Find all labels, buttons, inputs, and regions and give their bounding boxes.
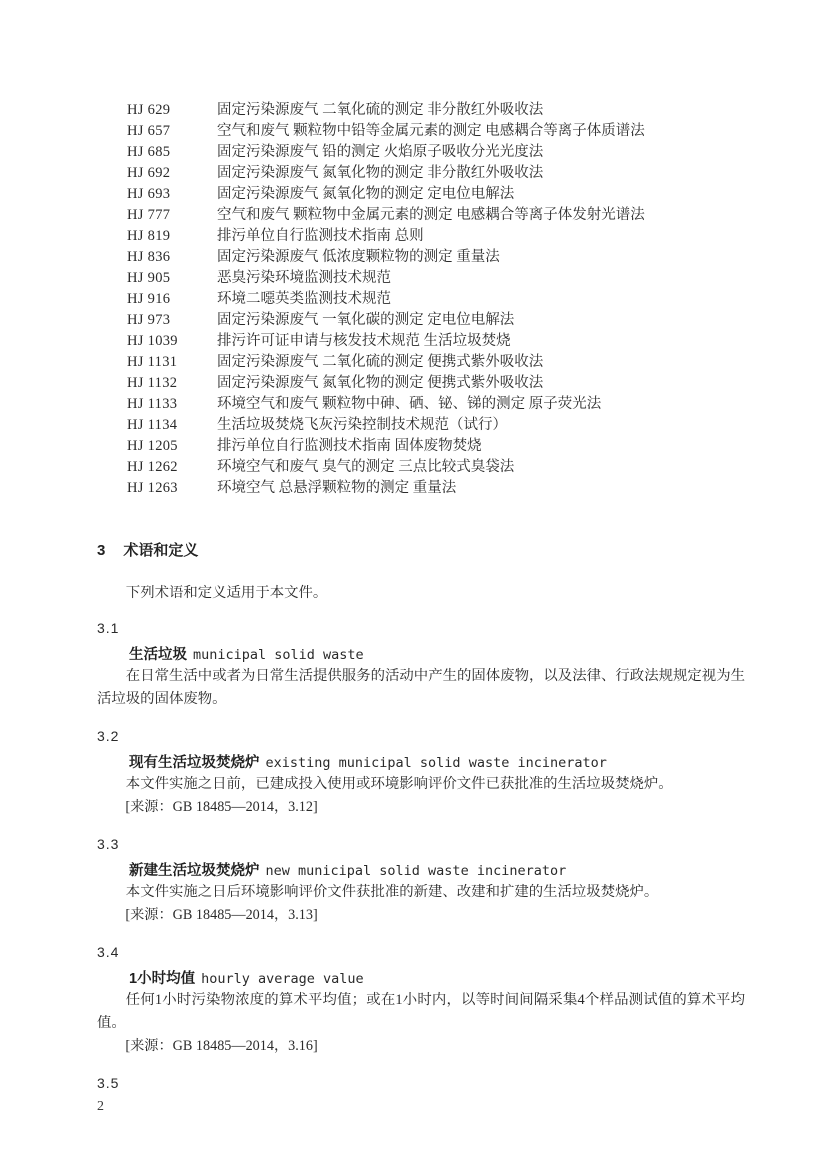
standard-title: 环境空气 总悬浮颗粒物的测定 重量法 <box>217 478 745 499</box>
standard-title: 固定污染源废气 氮氧化物的测定 定电位电解法 <box>217 184 745 205</box>
standard-code: HJ 1205 <box>127 436 217 457</box>
reference-row: HJ 657 空气和废气 颗粒物中铅等金属元素的测定 电感耦合等离子体质谱法 <box>127 121 745 142</box>
standard-code: HJ 1263 <box>127 478 217 499</box>
term-block-3-3: 3.3 新建生活垃圾焚烧炉new municipal solid waste i… <box>97 835 745 927</box>
reference-row: HJ 692 固定污染源废气 氮氧化物的测定 非分散红外吸收法 <box>127 163 745 184</box>
term-number: 3.1 <box>97 619 745 637</box>
term-title-line: 1小时均值hourly average value <box>97 969 745 989</box>
normative-reference-list: HJ 629 固定污染源废气 二氧化硫的测定 非分散红外吸收法 HJ 657 空… <box>127 100 745 499</box>
term-block-3-5: 3.5 <box>97 1074 745 1092</box>
term-english: hourly average value <box>201 971 364 987</box>
reference-row: HJ 629 固定污染源废气 二氧化硫的测定 非分散红外吸收法 <box>127 100 745 121</box>
term-number: 3.3 <box>97 835 745 853</box>
term-definition: 任何1小时污染物浓度的算术平均值；或在1小时内，以等时间间隔采集4个样品测试值的… <box>97 989 745 1035</box>
section-intro: 下列术语和定义适用于本文件。 <box>97 583 745 603</box>
standard-title: 排污单位自行监测技术指南 总则 <box>217 226 745 247</box>
standard-title: 环境二噁英类监测技术规范 <box>217 289 745 310</box>
standard-title: 生活垃圾焚烧飞灰污染控制技术规范（试行） <box>217 415 745 436</box>
reference-row: HJ 1133 环境空气和废气 颗粒物中砷、硒、铋、锑的测定 原子荧光法 <box>127 394 745 415</box>
standard-code: HJ 1131 <box>127 352 217 373</box>
standard-title: 空气和废气 颗粒物中金属元素的测定 电感耦合等离子体发射光谱法 <box>217 205 745 226</box>
section-number: 3 <box>97 542 105 559</box>
term-chinese: 1小时均值 <box>129 971 195 987</box>
term-english: municipal solid waste <box>193 647 364 663</box>
standard-code: HJ 657 <box>127 121 217 142</box>
page-number: 2 <box>97 1098 745 1116</box>
term-block-3-2: 3.2 现有生活垃圾焚烧炉existing municipal solid wa… <box>97 727 745 819</box>
standard-title: 固定污染源废气 氮氧化物的测定 便携式紫外吸收法 <box>217 373 745 394</box>
standard-code: HJ 1039 <box>127 331 217 352</box>
standard-code: HJ 629 <box>127 100 217 121</box>
reference-row: HJ 1039 排污许可证申请与核发技术规范 生活垃圾焚烧 <box>127 331 745 352</box>
reference-row: HJ 916 环境二噁英类监测技术规范 <box>127 289 745 310</box>
standard-code: HJ 1134 <box>127 415 217 436</box>
standard-title: 固定污染源废气 二氧化硫的测定 非分散红外吸收法 <box>217 100 745 121</box>
standard-code: HJ 685 <box>127 142 217 163</box>
term-definition: 本文件实施之日前，已建成投入使用或环境影响评价文件已获批准的生活垃圾焚烧炉。 <box>97 773 745 796</box>
reference-row: HJ 685 固定污染源废气 铅的测定 火焰原子吸收分光光度法 <box>127 142 745 163</box>
standard-code: HJ 905 <box>127 268 217 289</box>
standard-title: 固定污染源废气 二氧化硫的测定 便携式紫外吸收法 <box>217 352 745 373</box>
standard-title: 固定污染源废气 一氧化碳的测定 定电位电解法 <box>217 310 745 331</box>
term-number: 3.2 <box>97 727 745 745</box>
term-definition: 本文件实施之日后环境影响评价文件获批准的新建、改建和扩建的生活垃圾焚烧炉。 <box>97 881 745 904</box>
standard-code: HJ 692 <box>127 163 217 184</box>
reference-row: HJ 1134 生活垃圾焚烧飞灰污染控制技术规范（试行） <box>127 415 745 436</box>
standard-code: HJ 819 <box>127 226 217 247</box>
term-number: 3.4 <box>97 943 745 961</box>
reference-row: HJ 836 固定污染源废气 低浓度颗粒物的测定 重量法 <box>127 247 745 268</box>
document-page: HJ 629 固定污染源废气 二氧化硫的测定 非分散红外吸收法 HJ 657 空… <box>0 0 826 1169</box>
standard-code: HJ 1133 <box>127 394 217 415</box>
term-english: new municipal solid waste incinerator <box>266 863 567 879</box>
standard-title: 空气和废气 颗粒物中铅等金属元素的测定 电感耦合等离子体质谱法 <box>217 121 745 142</box>
standard-title: 恶臭污染环境监测技术规范 <box>217 268 745 289</box>
term-block-3-4: 3.4 1小时均值hourly average value 任何1小时污染物浓度… <box>97 943 745 1058</box>
reference-row: HJ 1263 环境空气 总悬浮颗粒物的测定 重量法 <box>127 478 745 499</box>
standard-code: HJ 973 <box>127 310 217 331</box>
term-number: 3.5 <box>97 1074 745 1092</box>
term-title-line: 生活垃圾municipal solid waste <box>97 645 745 665</box>
standard-code: HJ 1132 <box>127 373 217 394</box>
standard-code: HJ 693 <box>127 184 217 205</box>
term-source: [来源：GB 18485—2014，3.13] <box>97 904 745 927</box>
standard-code: HJ 1262 <box>127 457 217 478</box>
reference-row: HJ 973 固定污染源废气 一氧化碳的测定 定电位电解法 <box>127 310 745 331</box>
section-heading-terms-definitions: 3术语和定义 <box>97 541 745 561</box>
term-chinese: 现有生活垃圾焚烧炉 <box>129 755 260 771</box>
section-title: 术语和定义 <box>123 542 198 559</box>
standard-code: HJ 916 <box>127 289 217 310</box>
reference-row: HJ 1131 固定污染源废气 二氧化硫的测定 便携式紫外吸收法 <box>127 352 745 373</box>
term-title-line: 新建生活垃圾焚烧炉new municipal solid waste incin… <box>97 861 745 881</box>
standard-title: 环境空气和废气 颗粒物中砷、硒、铋、锑的测定 原子荧光法 <box>217 394 745 415</box>
term-definition: 在日常生活中或者为日常生活提供服务的活动中产生的固体废物，以及法律、行政法规规定… <box>97 665 745 711</box>
reference-row: HJ 905 恶臭污染环境监测技术规范 <box>127 268 745 289</box>
reference-row: HJ 1132 固定污染源废气 氮氧化物的测定 便携式紫外吸收法 <box>127 373 745 394</box>
term-block-3-1: 3.1 生活垃圾municipal solid waste 在日常生活中或者为日… <box>97 619 745 711</box>
reference-row: HJ 1205 排污单位自行监测技术指南 固体废物焚烧 <box>127 436 745 457</box>
term-source: [来源：GB 18485—2014，3.12] <box>97 796 745 819</box>
standard-title: 固定污染源废气 铅的测定 火焰原子吸收分光光度法 <box>217 142 745 163</box>
term-chinese: 生活垃圾 <box>129 647 187 663</box>
reference-row: HJ 693 固定污染源废气 氮氧化物的测定 定电位电解法 <box>127 184 745 205</box>
term-source: [来源：GB 18485—2014，3.16] <box>97 1035 745 1058</box>
standard-code: HJ 777 <box>127 205 217 226</box>
reference-row: HJ 819 排污单位自行监测技术指南 总则 <box>127 226 745 247</box>
standard-title: 环境空气和废气 臭气的测定 三点比较式臭袋法 <box>217 457 745 478</box>
term-english: existing municipal solid waste incinerat… <box>266 755 607 771</box>
reference-row: HJ 1262 环境空气和废气 臭气的测定 三点比较式臭袋法 <box>127 457 745 478</box>
term-title-line: 现有生活垃圾焚烧炉existing municipal solid waste … <box>97 753 745 773</box>
reference-row: HJ 777 空气和废气 颗粒物中金属元素的测定 电感耦合等离子体发射光谱法 <box>127 205 745 226</box>
standard-title: 固定污染源废气 低浓度颗粒物的测定 重量法 <box>217 247 745 268</box>
standard-title: 排污单位自行监测技术指南 固体废物焚烧 <box>217 436 745 457</box>
standard-code: HJ 836 <box>127 247 217 268</box>
standard-title: 排污许可证申请与核发技术规范 生活垃圾焚烧 <box>217 331 745 352</box>
standard-title: 固定污染源废气 氮氧化物的测定 非分散红外吸收法 <box>217 163 745 184</box>
term-chinese: 新建生活垃圾焚烧炉 <box>129 863 260 879</box>
